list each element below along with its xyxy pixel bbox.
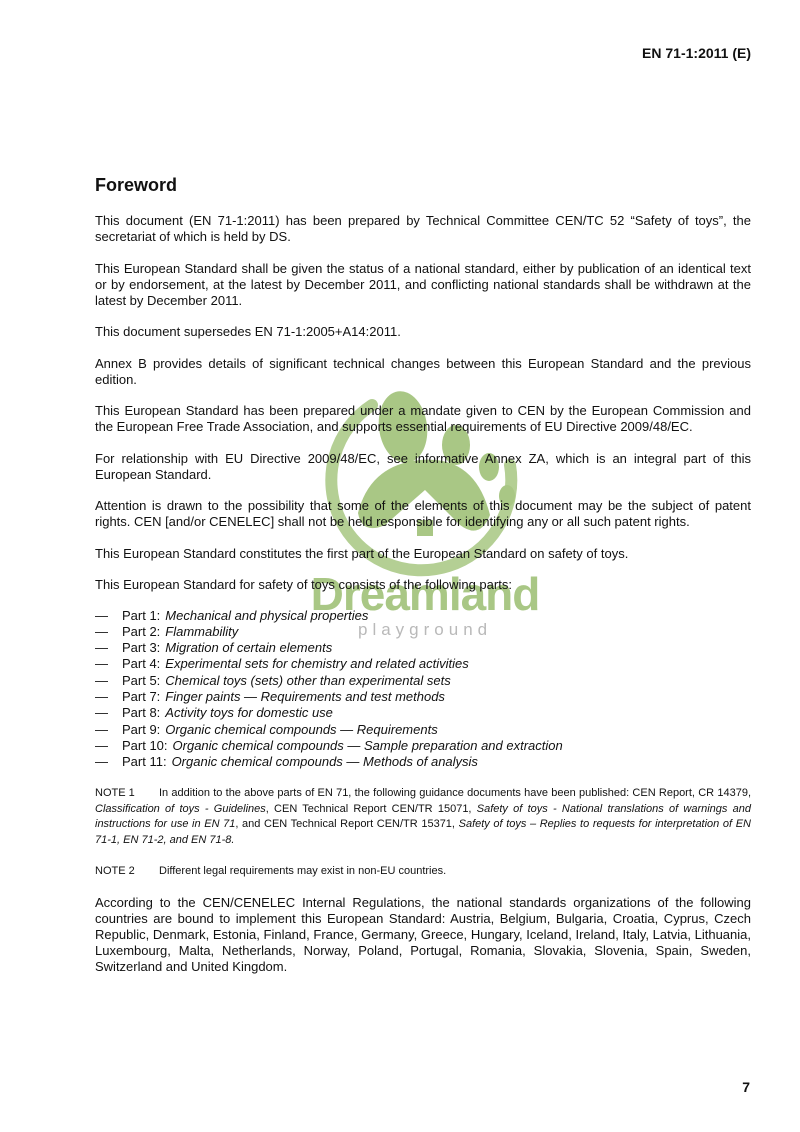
paragraph-patent: Attention is drawn to the possibility th… [95, 498, 751, 530]
paragraph-supersedes: This document supersedes EN 71-1:2005+A1… [95, 324, 751, 340]
paragraph-annex-b: Annex B provides details of significant … [95, 356, 751, 388]
list-item: —Part 1:Mechanical and physical properti… [95, 608, 751, 624]
paragraph-first-part: This European Standard constitutes the f… [95, 546, 751, 562]
document-id-header: EN 71-1:2011 (E) [642, 45, 751, 61]
list-item: —Part 2:Flammability [95, 624, 751, 640]
paragraph-status: This European Standard shall be given th… [95, 261, 751, 309]
foreword-section: Foreword This document (EN 71-1:2011) ha… [95, 174, 751, 990]
list-item: —Part 7:Finger paints — Requirements and… [95, 689, 751, 705]
page-title: Foreword [95, 174, 751, 196]
note-label: NOTE 1 [95, 786, 159, 802]
list-item: —Part 4:Experimental sets for chemistry … [95, 656, 751, 672]
list-item: —Part 10:Organic chemical compounds — Sa… [95, 738, 751, 754]
parts-list: —Part 1:Mechanical and physical properti… [95, 608, 751, 771]
list-item: —Part 5:Chemical toys (sets) other than … [95, 673, 751, 689]
paragraph-mandate: This European Standard has been prepared… [95, 403, 751, 435]
note-2: NOTE 2Different legal requirements may e… [95, 864, 751, 880]
paragraph-annex-za: For relationship with EU Directive 2009/… [95, 451, 751, 483]
note-1: NOTE 1In addition to the above parts of … [95, 786, 751, 848]
paragraph-parts-intro: This European Standard for safety of toy… [95, 577, 751, 593]
list-item: —Part 8:Activity toys for domestic use [95, 705, 751, 721]
list-item: —Part 3:Migration of certain elements [95, 640, 751, 656]
list-item: —Part 9:Organic chemical compounds — Req… [95, 722, 751, 738]
list-item: —Part 11:Organic chemical compounds — Me… [95, 754, 751, 770]
paragraph-countries: According to the CEN/CENELEC Internal Re… [95, 895, 751, 975]
note-label: NOTE 2 [95, 864, 159, 880]
page-number: 7 [742, 1079, 750, 1095]
paragraph-committee: This document (EN 71-1:2011) has been pr… [95, 213, 751, 245]
